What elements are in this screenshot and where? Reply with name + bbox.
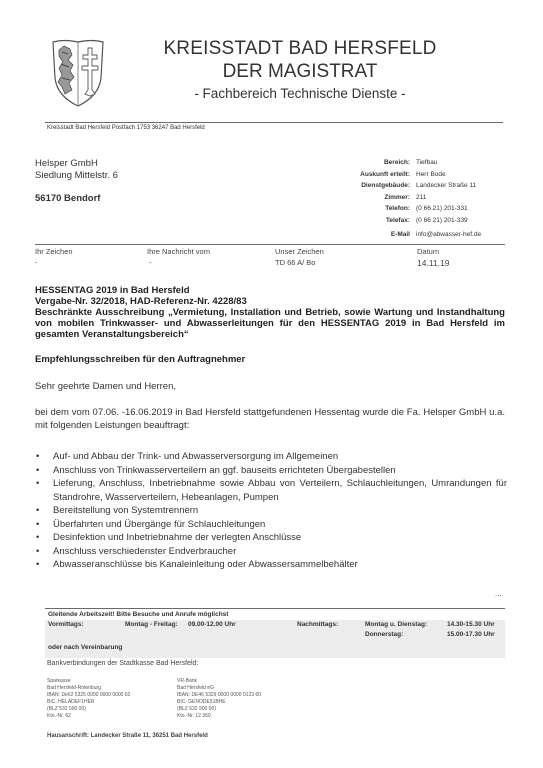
list-item: •Lieferung, Anschluss, Inbetriebnahme so…	[35, 477, 507, 504]
hours-title: Gleitende Arbeitszeit! Bitte Besuche und…	[45, 609, 505, 620]
recipient-city: 56170 Bendorf	[35, 193, 118, 205]
bullet-icon: •	[36, 504, 39, 518]
contact-row: Dienstgebäude:Landecker Straße 11	[320, 181, 481, 193]
bank-iban: IBAN: DE46 5329 0000 0000 0123 60	[177, 692, 261, 699]
morning-days: Montag - Freitag:	[125, 621, 178, 628]
ref-value: -	[147, 258, 210, 267]
header-divider	[45, 122, 503, 123]
contact-row: Telefon:(0 66 21) 201-331	[320, 204, 481, 216]
contact-row: E-Mailinfo@abwasser-hef.de	[320, 227, 481, 242]
subject-line-2: Vergabe-Nr. 32/2018, HAD-Referenz-Nr. 42…	[35, 296, 505, 307]
coat-of-arms-icon	[50, 38, 106, 108]
contact-label: E-Mail	[320, 227, 416, 242]
list-item: •Überfahrten und Übergänge für Schlauchl…	[35, 518, 507, 532]
list-item: •Desinfektion und Inbetriebnahme der ver…	[35, 531, 507, 545]
contact-label: Dienstgebäude:	[320, 181, 416, 193]
bank-branch: Bad Hersfeld-Rotenburg	[47, 685, 130, 692]
bullet-icon: •	[36, 518, 39, 532]
bullet-icon: •	[36, 545, 39, 559]
list-item: •Abwasseranschlüsse bis Kanaleinleitung …	[35, 558, 507, 572]
contact-value: (0 66 21) 201-331	[416, 204, 481, 216]
bullet-icon: •	[36, 464, 39, 478]
recipient-address: Helsper GmbH Siedlung Mittelstr. 6 56170…	[35, 158, 118, 205]
services-list: •Auf- und Abbau der Trink- und Abwasserv…	[35, 450, 507, 572]
morning-label: Vormittags:	[48, 621, 84, 628]
morning-time: 09.00-12.00 Uhr	[188, 621, 236, 628]
reference-divider	[35, 244, 505, 245]
bank-bic: BIC: HELADEF1HER	[47, 699, 130, 706]
ref-ihre-nachricht: Ihre Nachricht vom -	[147, 247, 210, 267]
salutation: Sehr geehrte Damen und Herren,	[35, 381, 176, 392]
contact-info: Bereich:Tiefbau Auskunft erteilt:Herr Bo…	[320, 158, 481, 242]
contact-row: Bereich:Tiefbau	[320, 158, 481, 170]
recipient-name: Helsper GmbH	[35, 158, 118, 170]
contact-label: Auskunft erteilt:	[320, 170, 416, 182]
bank-blz: (BLZ 532 900 00)	[177, 706, 261, 713]
subject-line-3: Beschränkte Ausschreibung „Vermietung, I…	[35, 307, 505, 340]
contact-label: Bereich:	[320, 158, 416, 170]
bank-title: Bankverbindungen der Stadtkasse Bad Hers…	[47, 660, 198, 667]
contact-value: (0 66 21) 201-339	[416, 216, 481, 228]
letter-heading: Empfehlungsschreiben für den Auftragnehm…	[35, 354, 245, 365]
contact-row: Auskunft erteilt:Herr Bode	[320, 170, 481, 182]
contact-value: 211	[416, 193, 481, 205]
hours-note: oder nach Vereinbarung	[48, 644, 122, 651]
bank-iban: IBAN: De62 5325 0000 0000 0000 62	[47, 692, 130, 699]
contact-value: Herr Bode	[416, 170, 481, 182]
contact-row: Telefax:(0 66 21) 201-339	[320, 216, 481, 228]
afternoon-days-2: Donnerstag:	[365, 631, 403, 638]
bullet-icon: •	[36, 531, 39, 545]
ref-label: Ihre Nachricht vom	[147, 247, 210, 256]
bank-blz: (BLZ 532 500 00)	[47, 706, 130, 713]
list-item: •Bereitstellung von Systemtrennern	[35, 504, 507, 518]
contact-email[interactable]: info@abwasser-hef.de	[416, 227, 481, 242]
contact-label: Telefax:	[320, 216, 416, 228]
afternoon-label: Nachmittags:	[297, 621, 338, 628]
hours-table: Vormittags: Montag - Freitag: 09.00-12.0…	[45, 620, 505, 658]
ref-value: TD 66 A/ Bo	[275, 258, 324, 267]
contact-value: Landecker Straße 11	[416, 181, 481, 193]
ref-label: Ihr Zeichen	[35, 247, 73, 256]
letterhead-title: KREISSTADT BAD HERSFELD	[150, 38, 450, 60]
ref-value: -	[35, 258, 73, 267]
ref-ihr-zeichen: Ihr Zeichen -	[35, 247, 73, 267]
bullet-icon: •	[36, 450, 39, 464]
subject-block: HESSENTAG 2019 in Bad Hersfeld Vergabe-N…	[35, 285, 505, 340]
bank-name: Sparkasse	[47, 678, 130, 685]
contact-row: Zimmer:211	[320, 193, 481, 205]
letterhead-subtitle: DER MAGISTRAT	[150, 61, 450, 83]
ref-label: Unser Zeichen	[275, 247, 324, 256]
letterhead-department: - Fachbereich Technische Dienste -	[150, 86, 450, 101]
list-item: •Auf- und Abbau der Trink- und Abwasserv…	[35, 450, 507, 464]
bank-branch: Bad Hersfeld eG	[177, 685, 261, 692]
ref-label: Datum	[417, 247, 449, 256]
bank-bic: BIC: GENODE51BHE	[177, 699, 261, 706]
bullet-icon: •	[36, 477, 39, 491]
continued-marker: ...	[495, 589, 502, 598]
bank-account-vr-bank: VR-Bank Bad Hersfeld eG IBAN: DE46 5329 …	[177, 678, 261, 720]
contact-value: Tiefbau	[416, 158, 481, 170]
bank-kto: Kto.-Nr. 12 360	[177, 713, 261, 720]
contact-label: Zimmer:	[320, 193, 416, 205]
bank-account-sparkasse: Sparkasse Bad Hersfeld-Rotenburg IBAN: D…	[47, 678, 130, 720]
afternoon-days-1: Montag u. Dienstag:	[365, 621, 427, 628]
list-item: •Anschluss verschiedenster Endverbrauche…	[35, 545, 507, 559]
bank-kto: Kto.-Nr. 62	[47, 713, 130, 720]
afternoon-time-1: 14.30-15.30 Uhr	[447, 621, 495, 628]
contact-label: Telefon:	[320, 204, 416, 216]
sender-return-address: Kreisstadt Bad Hersfeld Postfach 1753 36…	[47, 125, 205, 131]
afternoon-time-2: 15.00-17.30 Uhr	[447, 631, 495, 638]
office-hours: Gleitende Arbeitszeit! Bitte Besuche und…	[45, 608, 505, 658]
ref-datum: Datum 14.11.19	[417, 247, 449, 268]
ref-value: 14.11.19	[417, 258, 449, 268]
recipient-street: Siedlung Mittelstr. 6	[35, 170, 118, 182]
subject-line-1: HESSENTAG 2019 in Bad Hersfeld	[35, 285, 505, 296]
ref-unser-zeichen: Unser Zeichen TD 66 A/ Bo	[275, 247, 324, 267]
street-address: Hausanschrift: Landecker Straße 11, 3625…	[47, 733, 208, 739]
bank-name: VR-Bank	[177, 678, 261, 685]
bullet-icon: •	[36, 558, 39, 572]
intro-paragraph: bei dem vom 07.06. -16.06.2019 in Bad He…	[35, 406, 505, 432]
list-item: •Anschluss von Trinkwasserverteilern an …	[35, 464, 507, 478]
